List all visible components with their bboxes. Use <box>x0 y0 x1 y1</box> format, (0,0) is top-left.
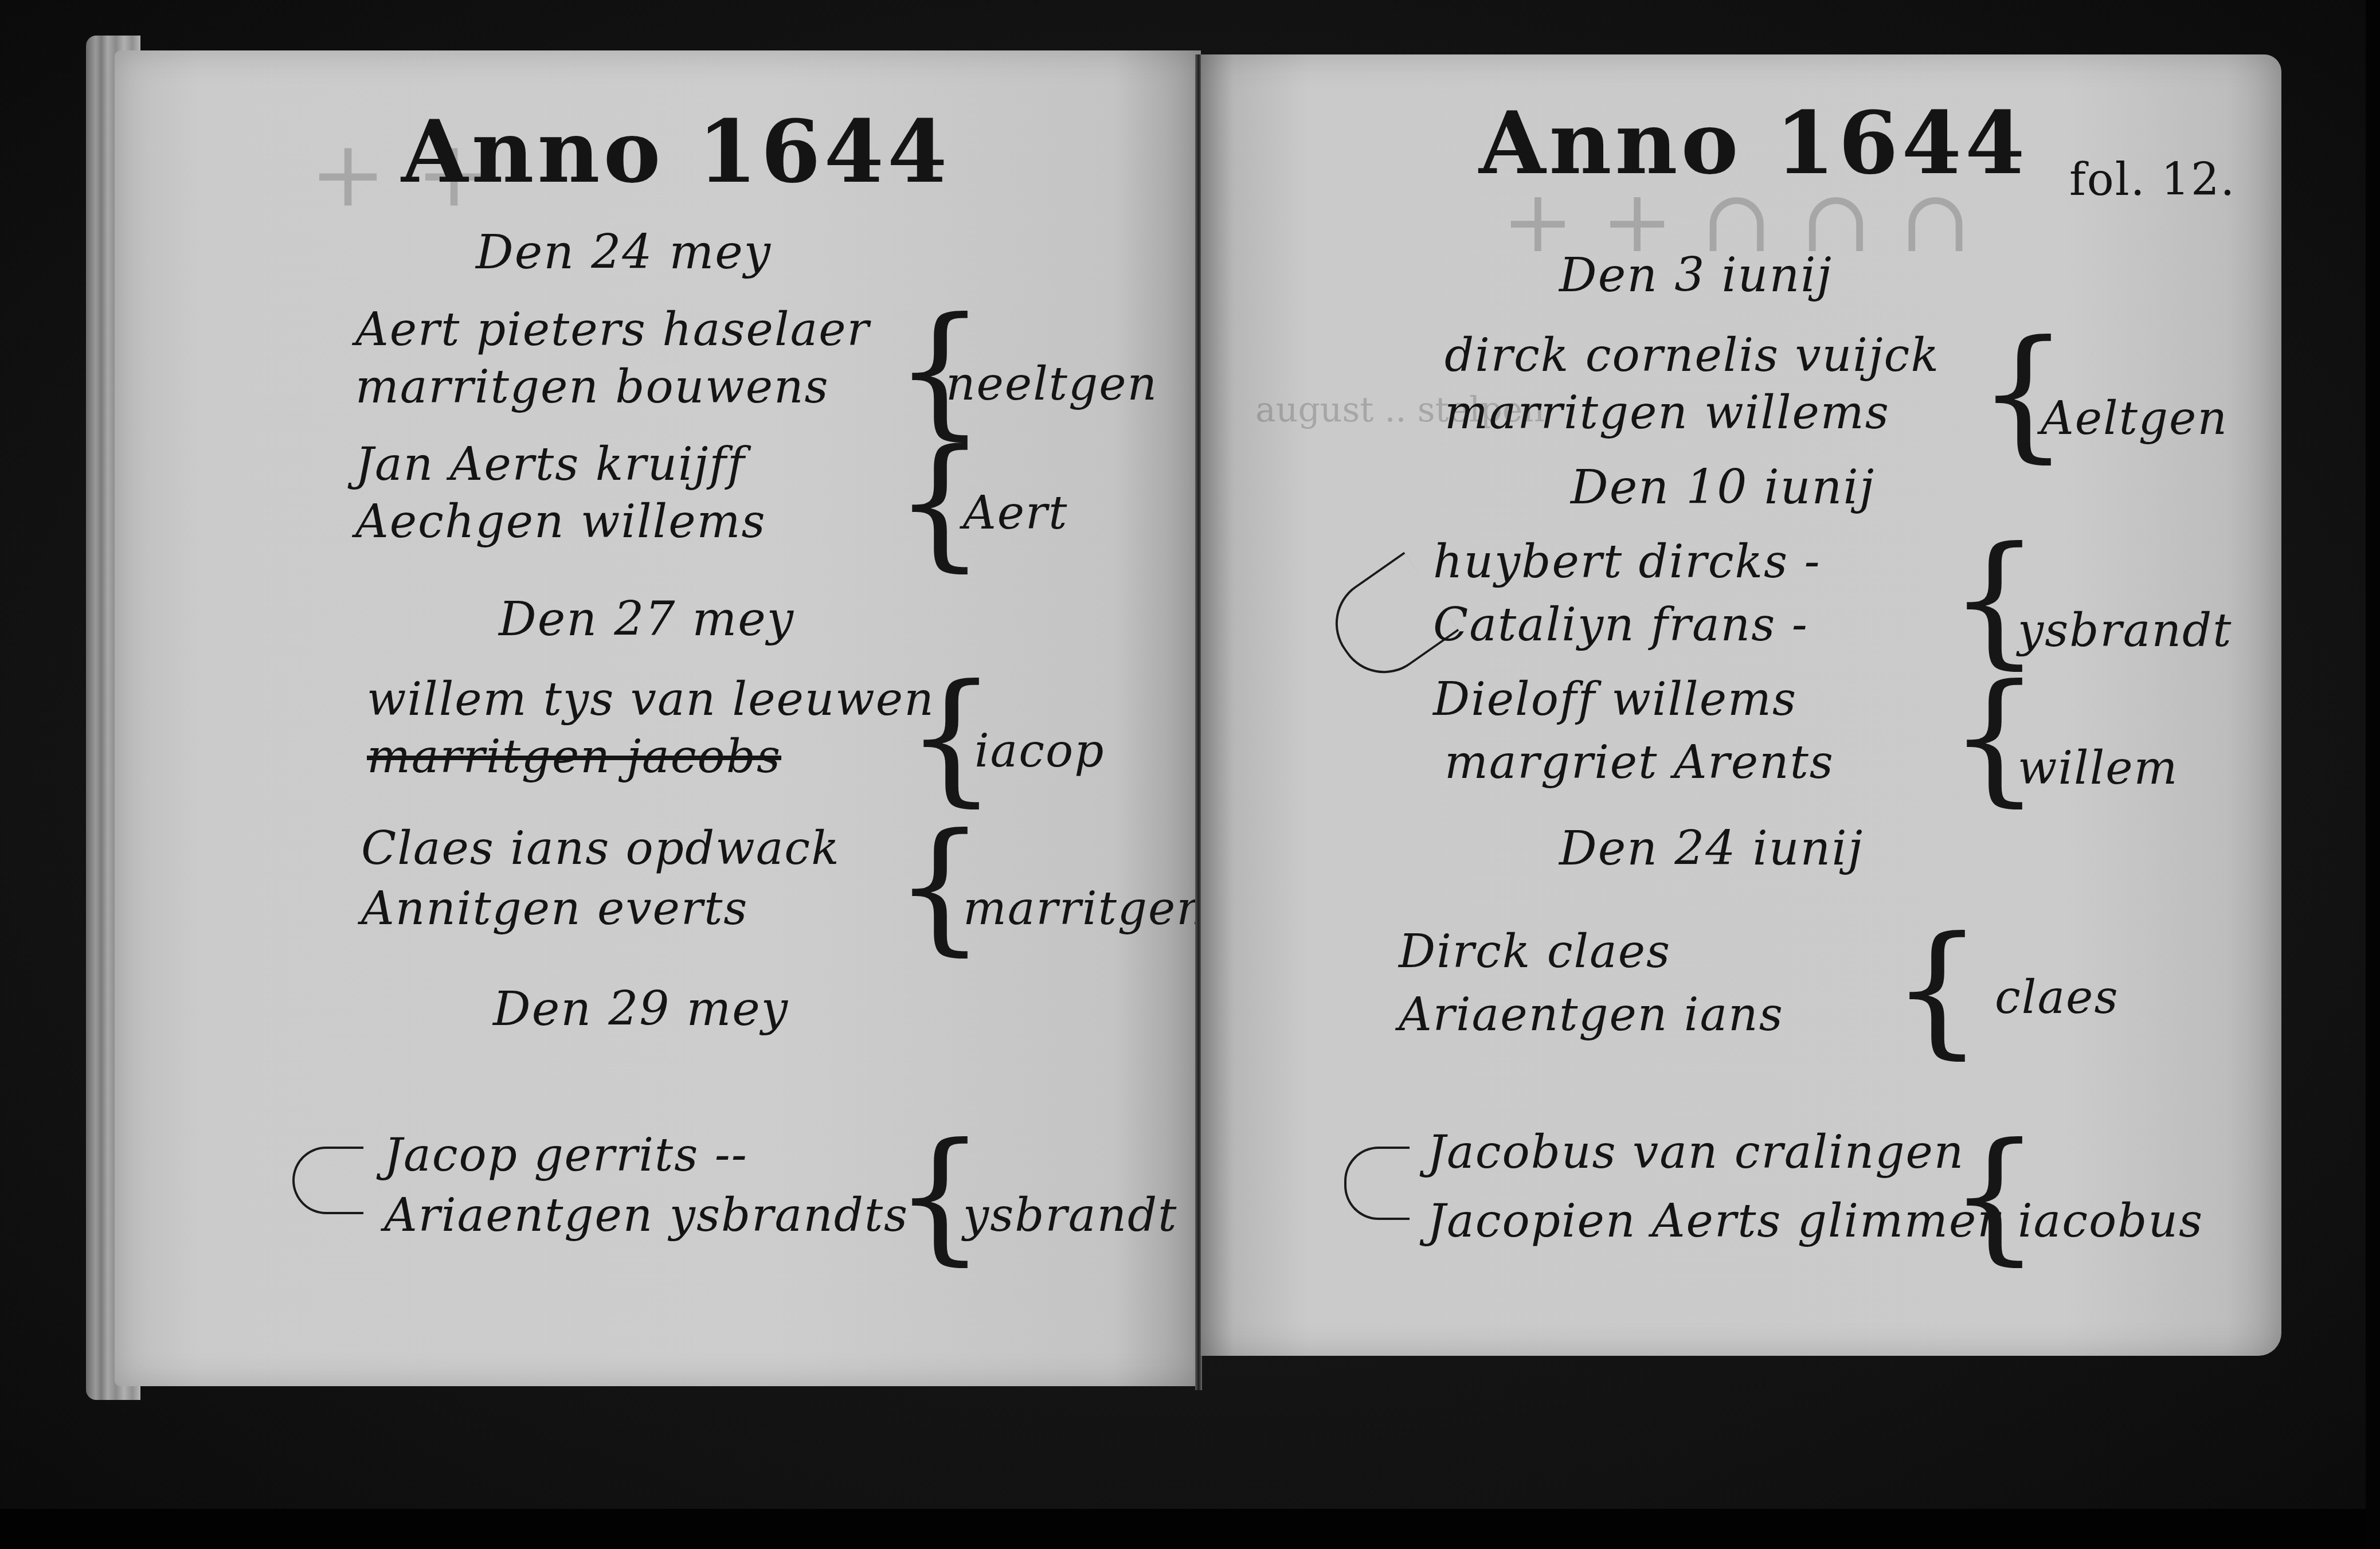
mother-name: Jacopien Aerts glimmer <box>1427 1198 2001 1244</box>
margin-flourish-icon <box>1344 1147 1410 1220</box>
father-name: huybert dircks - <box>1433 539 1821 585</box>
left-page-heading: Anno 1644 <box>401 109 950 195</box>
child-name: ysbrandt <box>963 1192 1177 1238</box>
mother-name: Ariaentgen ysbrandts <box>384 1192 909 1238</box>
entry-date: Den 3 iunij <box>1559 252 1833 299</box>
child-name: iacop <box>974 728 1105 774</box>
father-name: willem tys van leeuwen <box>367 676 935 722</box>
child-name: Aert <box>963 490 1068 536</box>
child-name: iacobus <box>2018 1198 2203 1244</box>
father-name: Jan Aerts kruijff <box>355 441 746 487</box>
mother-name-struck: marritgen jacobs <box>367 734 781 780</box>
father-name: Aert pieters haselaer <box>355 307 870 353</box>
father-name: Jacobus van cralingen <box>1427 1129 1964 1175</box>
scan-border-bottom <box>0 1509 2380 1549</box>
margin-flourish-icon <box>292 1147 363 1214</box>
mother-name: margriet Arents <box>1445 740 1834 785</box>
entry-date: Den 29 mey <box>493 986 789 1033</box>
folio-number: fol. 12. <box>2069 158 2236 202</box>
child-name: willem <box>2018 745 2178 791</box>
father-name: Dieloff willems <box>1433 676 1797 722</box>
scan-border-right <box>2366 0 2380 1549</box>
bracket-icon: { <box>1892 917 1983 1061</box>
mother-name: Aechgen willems <box>355 499 766 545</box>
child-name: ysbrandt <box>2018 608 2232 654</box>
entry-date: Den 10 iunij <box>1571 464 1875 511</box>
child-name: marritgen <box>963 886 1207 932</box>
father-name: Claes ians opdwack <box>361 826 840 871</box>
entry-date: Den 24 iunij <box>1559 826 1864 873</box>
mother-name: Ariaentgen ians <box>1399 992 1784 1038</box>
child-name: neeltgen <box>946 361 1158 407</box>
mother-name: marritgen bouwens <box>355 364 829 410</box>
entry-date: Den 27 mey <box>499 596 794 643</box>
father-name: Jacop gerrits -- <box>384 1132 748 1178</box>
mother-name: Cataliyn frans - <box>1433 602 1809 648</box>
father-name: Dirck claes <box>1399 929 1671 975</box>
mother-name: Annitgen everts <box>361 886 748 932</box>
father-name: dirck cornelis vuijck <box>1445 333 1940 378</box>
child-name: claes <box>1995 975 2119 1020</box>
child-name: Aeltgen <box>2041 396 2228 441</box>
entry-date: Den 24 mey <box>476 229 772 276</box>
right-page-heading: Anno 1644 <box>1479 100 2028 186</box>
mother-name: marritgen willems <box>1445 390 1890 436</box>
